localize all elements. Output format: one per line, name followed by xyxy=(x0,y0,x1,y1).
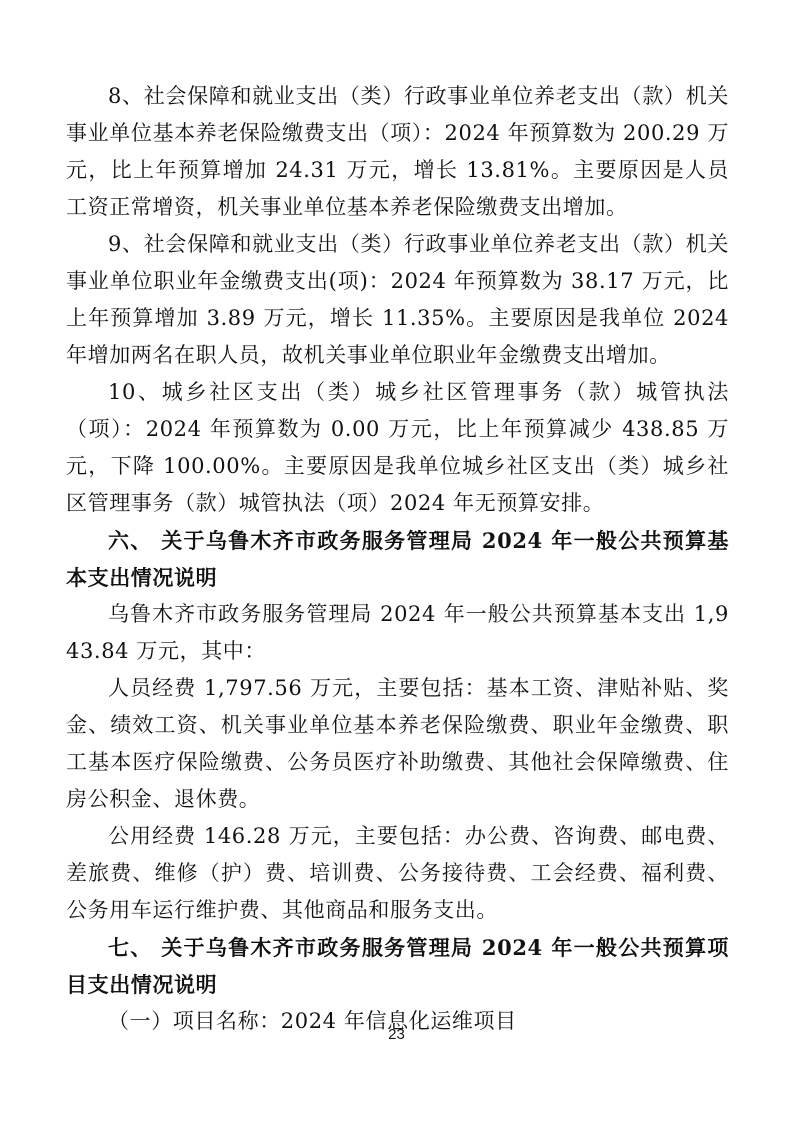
paragraph-public-funds: 公用经费 146.28 万元，主要包括：办公费、咨询费、邮电费、差旅费、维修（护… xyxy=(66,818,729,929)
document-page: 8、社会保障和就业支出（类）行政事业单位养老支出（款）机关事业单位基本养老保险缴… xyxy=(0,0,793,1122)
section-heading-7-project-expenditure: 七、 关于乌鲁木齐市政务服务管理局 2024 年一般公共预算项目支出情况说明 xyxy=(66,929,729,1003)
paragraph-personnel-funds: 人员经费 1,797.56 万元，主要包括：基本工资、津贴补贴、奖金、绩效工资、… xyxy=(66,670,729,818)
document-body: 8、社会保障和就业支出（类）行政事业单位养老支出（款）机关事业单位基本养老保险缴… xyxy=(66,78,729,1040)
page-number: 23 xyxy=(0,1026,793,1043)
section-heading-6-basic-expenditure: 六、 关于乌鲁木齐市政务服务管理局 2024 年一般公共预算基本支出情况说明 xyxy=(66,522,729,596)
paragraph-item-8-pension-contribution: 8、社会保障和就业支出（类）行政事业单位养老支出（款）机关事业单位基本养老保险缴… xyxy=(66,78,729,226)
paragraph-item-9-annuity-contribution: 9、社会保障和就业支出（类）行政事业单位养老支出（款）机关事业单位职业年金缴费支… xyxy=(66,226,729,374)
paragraph-item-10-urban-community: 10、城乡社区支出（类）城乡社区管理事务（款）城管执法（项）：2024 年预算数… xyxy=(66,374,729,522)
paragraph-basic-expenditure-total: 乌鲁木齐市政务服务管理局 2024 年一般公共预算基本支出 1,943.84 万… xyxy=(66,596,729,670)
